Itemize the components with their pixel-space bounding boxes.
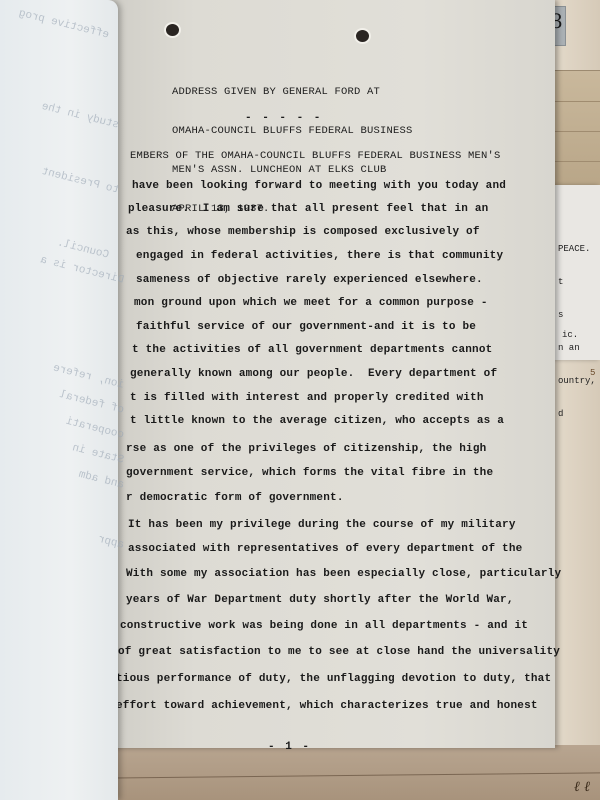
body-line: generally known among our people. Every … — [130, 368, 497, 380]
heading-line: ADDRESS GIVEN BY GENERAL FORD AT — [172, 86, 413, 99]
bleed-through-text: Director is a — [39, 254, 125, 286]
body-line: pleasure. I am sure that all present fee… — [128, 203, 488, 215]
salutation-line: EMBERS OF THE OMAHA-COUNCIL BLUFFS FEDER… — [130, 150, 501, 162]
body-line: mon ground upon which we meet for a comm… — [134, 297, 488, 309]
body-line: engaged in federal activities, there is … — [136, 250, 503, 262]
punch-hole-left — [164, 22, 181, 38]
bleed-through-text: of federal — [58, 389, 125, 417]
curled-previous-page: effective prog study in the to President… — [0, 0, 118, 800]
body-line: t little known to the average citizen, w… — [130, 415, 504, 427]
body-line: as this, whose membership is composed ex… — [126, 226, 480, 238]
bleed-through-text: study in the — [40, 101, 120, 132]
side-line: n an — [558, 343, 596, 354]
body-line: effort toward achievement, which charact… — [116, 700, 538, 712]
body-line: tious performance of duty, the unflaggin… — [116, 673, 551, 685]
page-number: - 1 - — [268, 741, 311, 753]
side-line: t — [558, 277, 596, 288]
bleed-through-text: to President — [40, 166, 120, 197]
punch-hole-right — [354, 28, 371, 44]
bleed-through-text: effective prog — [17, 8, 110, 42]
body-line: With some my association has been especi… — [126, 568, 561, 580]
heading-line: MEN'S ASSN. LUNCHEON AT ELKS CLUB — [172, 164, 413, 177]
body-line: years of War Department duty shortly aft… — [126, 594, 514, 606]
bleed-through-text: State in — [71, 442, 125, 466]
body-line: of great satisfaction to me to see at cl… — [118, 646, 560, 658]
body-line: government service, which forms the vita… — [126, 467, 493, 479]
body-line: rse as one of the privileges of citizens… — [126, 443, 486, 455]
side-fragment: ic. — [562, 330, 578, 340]
body-line: t is filled with interest and properly c… — [130, 392, 484, 404]
body-line: faithful service of our government-and i… — [136, 321, 476, 333]
body-line: sameness of objective rarely experienced… — [136, 274, 483, 286]
bleed-through-text: and adm — [77, 469, 125, 492]
side-line: PEACE. — [558, 244, 596, 255]
side-line: s — [558, 310, 596, 321]
heading-line: OMAHA-COUNCIL BLUFFS FEDERAL BUSINESS — [172, 125, 413, 138]
separator: - - - - - — [245, 112, 322, 124]
body-line: t the activities of all government depar… — [132, 344, 492, 356]
bleed-through-text: Council. — [56, 237, 110, 261]
body-line: have been looking forward to meeting wit… — [132, 180, 506, 192]
side-document-text: PEACE. t s n an ountry, d — [558, 222, 596, 431]
paragraph-start-line: It has been my privilege during the cour… — [128, 519, 516, 531]
side-fragment-2: 5 — [590, 368, 595, 378]
side-line: d — [558, 409, 596, 420]
body-line: associated with representatives of every… — [128, 543, 522, 555]
body-line: r democratic form of government. — [126, 492, 344, 504]
bottom-folder: ℓ ℓ — [100, 745, 600, 800]
body-line: constructive work was being done in all … — [120, 620, 528, 632]
bleed-through-text: ion, refere — [52, 362, 125, 391]
bleed-through-text: cooperati — [64, 416, 125, 442]
handwriting-mark: ℓ ℓ — [574, 779, 590, 796]
